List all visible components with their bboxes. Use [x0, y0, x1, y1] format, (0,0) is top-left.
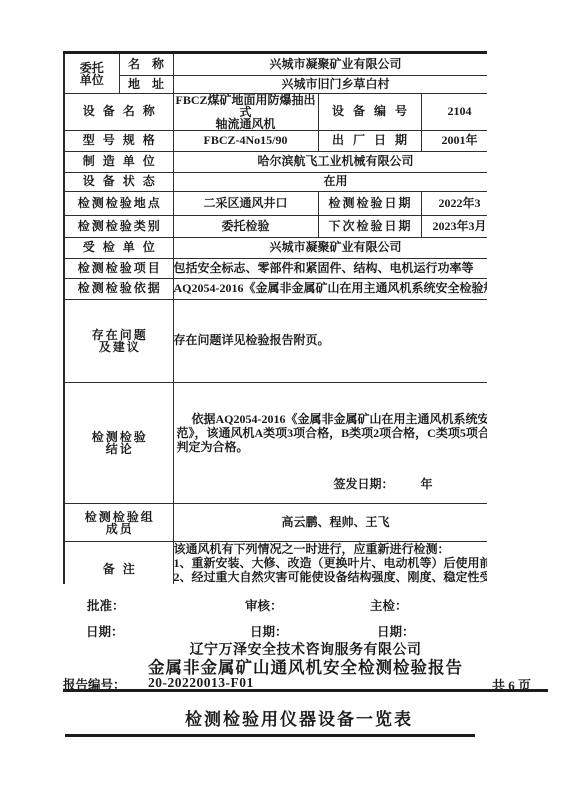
inspected-unit-label: 受检单位: [64, 238, 173, 259]
report-table: 委托 单位 名 称 兴城市凝聚矿业有限公司 地 址 兴城市旧门乡草白村 设备名称…: [63, 51, 487, 584]
status-value: 在用: [173, 173, 487, 192]
row-device-name: 设备名称 FBCZ煤矿地面用防爆抽出式 轴流通风机 设备编号 2104: [64, 94, 487, 131]
footer-report-title: 金属非金属矿山通风机安全检测检验报告: [63, 654, 548, 678]
row-items: 检测检验项目 包括安全标志、零部件和紧固件、结构、电机运行功率等: [64, 259, 487, 279]
team-value: 高云鹏、程帅、王飞: [173, 504, 487, 542]
conclusion-line2: 范》，该通风机A类项3项合格，B类项2项合格，C类项5项合格，: [177, 426, 488, 440]
document-page: 委托 单位 名 称 兴城市凝聚矿业有限公司 地 址 兴城市旧门乡草白村 设备名称…: [0, 0, 567, 802]
conclusion-line1: 依据AQ2054-2016《金属非金属矿山在用主通风机系统安全: [177, 412, 488, 426]
inspect-date-value: 2022年3: [421, 192, 487, 216]
remarks-line3: 2、经过重大自然灾害可能使设备结构强度、刚度、稳定性受: [174, 570, 488, 584]
report-table-clip: 委托 单位 名 称 兴城市凝聚矿业有限公司 地 址 兴城市旧门乡草白村 设备名称…: [63, 51, 487, 584]
problems-label-line2: 及建议: [65, 341, 173, 353]
chief-label: 主检：: [370, 596, 408, 614]
row-remarks: 备注 该通风机有下列情况之一时进行，应重新进行检测： 1、重新安装、大修、改造（…: [64, 542, 487, 585]
remarks-label: 备注: [64, 542, 173, 585]
row-type: 检测检验类别 委托检验 下次检验日期 2023年3月: [64, 216, 487, 238]
items-label: 检测检验项目: [64, 259, 173, 279]
inspected-unit-value: 兴城市凝聚矿业有限公司: [173, 238, 487, 259]
client-unit-label-line2: 单位: [65, 74, 119, 86]
team-label-line1: 检测检验组: [65, 511, 173, 523]
maker-label: 制造单位: [64, 152, 173, 173]
row-problems: 存在问题 及建议 存在问题详见检验报告附页。: [64, 300, 487, 383]
device-name-value-line2: 轴流通风机: [174, 118, 318, 130]
client-unit-label: 委托 单位: [64, 53, 119, 94]
row-inspected-unit: 受检单位 兴城市凝聚矿业有限公司: [64, 238, 487, 259]
row-maker: 制造单位 哈尔滨航飞工业机械有限公司: [64, 152, 487, 173]
device-name-value: FBCZ煤矿地面用防爆抽出式 轴流通风机: [173, 94, 318, 131]
row-status: 设备状态 在用: [64, 173, 487, 192]
problems-label: 存在问题 及建议: [64, 300, 173, 383]
team-label: 检测检验组 成员: [64, 504, 173, 542]
row-client-address: 地 址 兴城市旧门乡草白村: [64, 76, 487, 94]
client-name-label: 名 称: [119, 53, 173, 76]
maker-value: 哈尔滨航飞工业机械有限公司: [173, 152, 487, 173]
sign-date-line: 签发日期：年: [334, 478, 488, 491]
device-model-value: FBCZ-4No15/90: [173, 131, 318, 152]
conclusion-label: 检测检验 结论: [64, 383, 173, 504]
row-basis: 检测检验依据 AQ2054-2016《金属非金属矿山在用主通风机系统安全检验规: [64, 279, 487, 300]
remarks-cell: 该通风机有下列情况之一时进行，应重新进行检测： 1、重新安装、大修、改造（更换叶…: [173, 542, 487, 585]
client-address-label: 地 址: [119, 76, 173, 94]
approve-label: 批准：: [87, 596, 125, 614]
device-no-label: 设备编号: [318, 94, 421, 131]
sign-date-label: 签发日期：: [334, 477, 394, 491]
device-no-value: 2104: [421, 94, 487, 131]
conclusion-cell: 依据AQ2054-2016《金属非金属矿山在用主通风机系统安全 范》，该通风机A…: [173, 383, 487, 504]
review-date-label: 日期：: [250, 622, 288, 640]
next-section-top-rule: [65, 734, 475, 737]
remarks-line2: 1、重新安装、大修、改造（更换叶片、电动机等）后使用前；: [174, 556, 488, 570]
row-conclusion: 检测检验 结论 依据AQ2054-2016《金属非金属矿山在用主通风机系统安全 …: [64, 383, 487, 504]
row-place: 检测检验地点 二采区通风井口 检测检验日期 2022年3: [64, 192, 487, 216]
chief-date-label: 日期：: [377, 622, 415, 640]
device-model-label: 型号规格: [64, 131, 173, 152]
row-device-model: 型号规格 FBCZ-4No15/90 出厂日期 2001年: [64, 131, 487, 152]
device-name-value-line1: FBCZ煤矿地面用防爆抽出式: [174, 94, 318, 118]
conclusion-paragraph: 依据AQ2054-2016《金属非金属矿山在用主通风机系统安全 范》，该通风机A…: [174, 394, 488, 454]
approve-date-label: 日期：: [86, 622, 124, 640]
type-label: 检测检验类别: [64, 216, 173, 238]
basis-label: 检测检验依据: [64, 279, 173, 300]
made-date-value: 2001年: [421, 131, 487, 152]
place-label: 检测检验地点: [64, 192, 173, 216]
conclusion-label-line2: 结论: [65, 443, 173, 455]
next-section-title: 检测检验用仪器设备一览表: [185, 705, 413, 730]
basis-value: AQ2054-2016《金属非金属矿山在用主通风机系统安全检验规: [173, 279, 487, 300]
place-value: 二采区通风井口: [173, 192, 318, 216]
row-client-name: 委托 单位 名 称 兴城市凝聚矿业有限公司: [64, 53, 487, 76]
inspect-date-label: 检测检验日期: [318, 192, 421, 216]
sign-date-year: 年: [421, 477, 433, 491]
problems-value: 存在问题详见检验报告附页。: [173, 300, 487, 383]
type-value: 委托检验: [173, 216, 318, 238]
report-no-underline: [63, 689, 548, 692]
conclusion-line3: 判定为合格。: [177, 440, 488, 454]
client-name-value: 兴城市凝聚矿业有限公司: [173, 53, 487, 76]
made-date-label: 出厂日期: [318, 131, 421, 152]
device-name-label: 设备名称: [64, 94, 173, 131]
client-address-value: 兴城市旧门乡草白村: [173, 76, 487, 94]
row-team: 检测检验组 成员 高云鹏、程帅、王飞: [64, 504, 487, 542]
next-date-value: 2023年3月: [421, 216, 487, 238]
client-unit-label-line1: 委托: [65, 62, 119, 74]
team-label-line2: 成员: [65, 523, 173, 535]
items-value: 包括安全标志、零部件和紧固件、结构、电机运行功率等: [173, 259, 487, 279]
remarks-line1: 该通风机有下列情况之一时进行，应重新进行检测：: [174, 542, 488, 556]
status-label: 设备状态: [64, 173, 173, 192]
next-date-label: 下次检验日期: [318, 216, 421, 238]
review-label: 审核：: [245, 596, 283, 614]
